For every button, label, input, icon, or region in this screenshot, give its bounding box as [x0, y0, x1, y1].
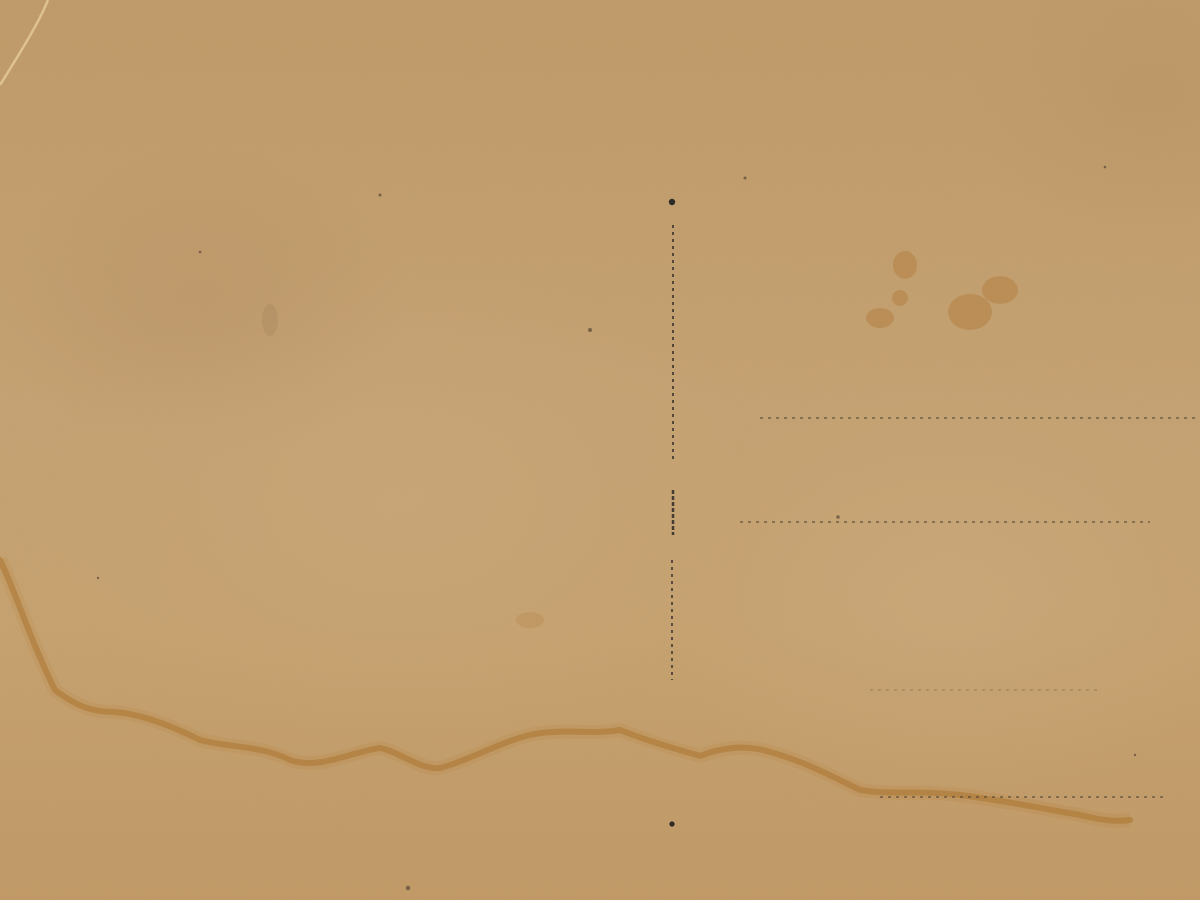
postcard-back [0, 0, 1200, 900]
stains-and-markings [0, 0, 1200, 900]
address-lines [740, 418, 1200, 797]
center-divider-line [669, 199, 675, 827]
ink-specks [97, 166, 1136, 891]
corner-crease [0, 0, 48, 85]
foxing-spots [262, 251, 1018, 628]
